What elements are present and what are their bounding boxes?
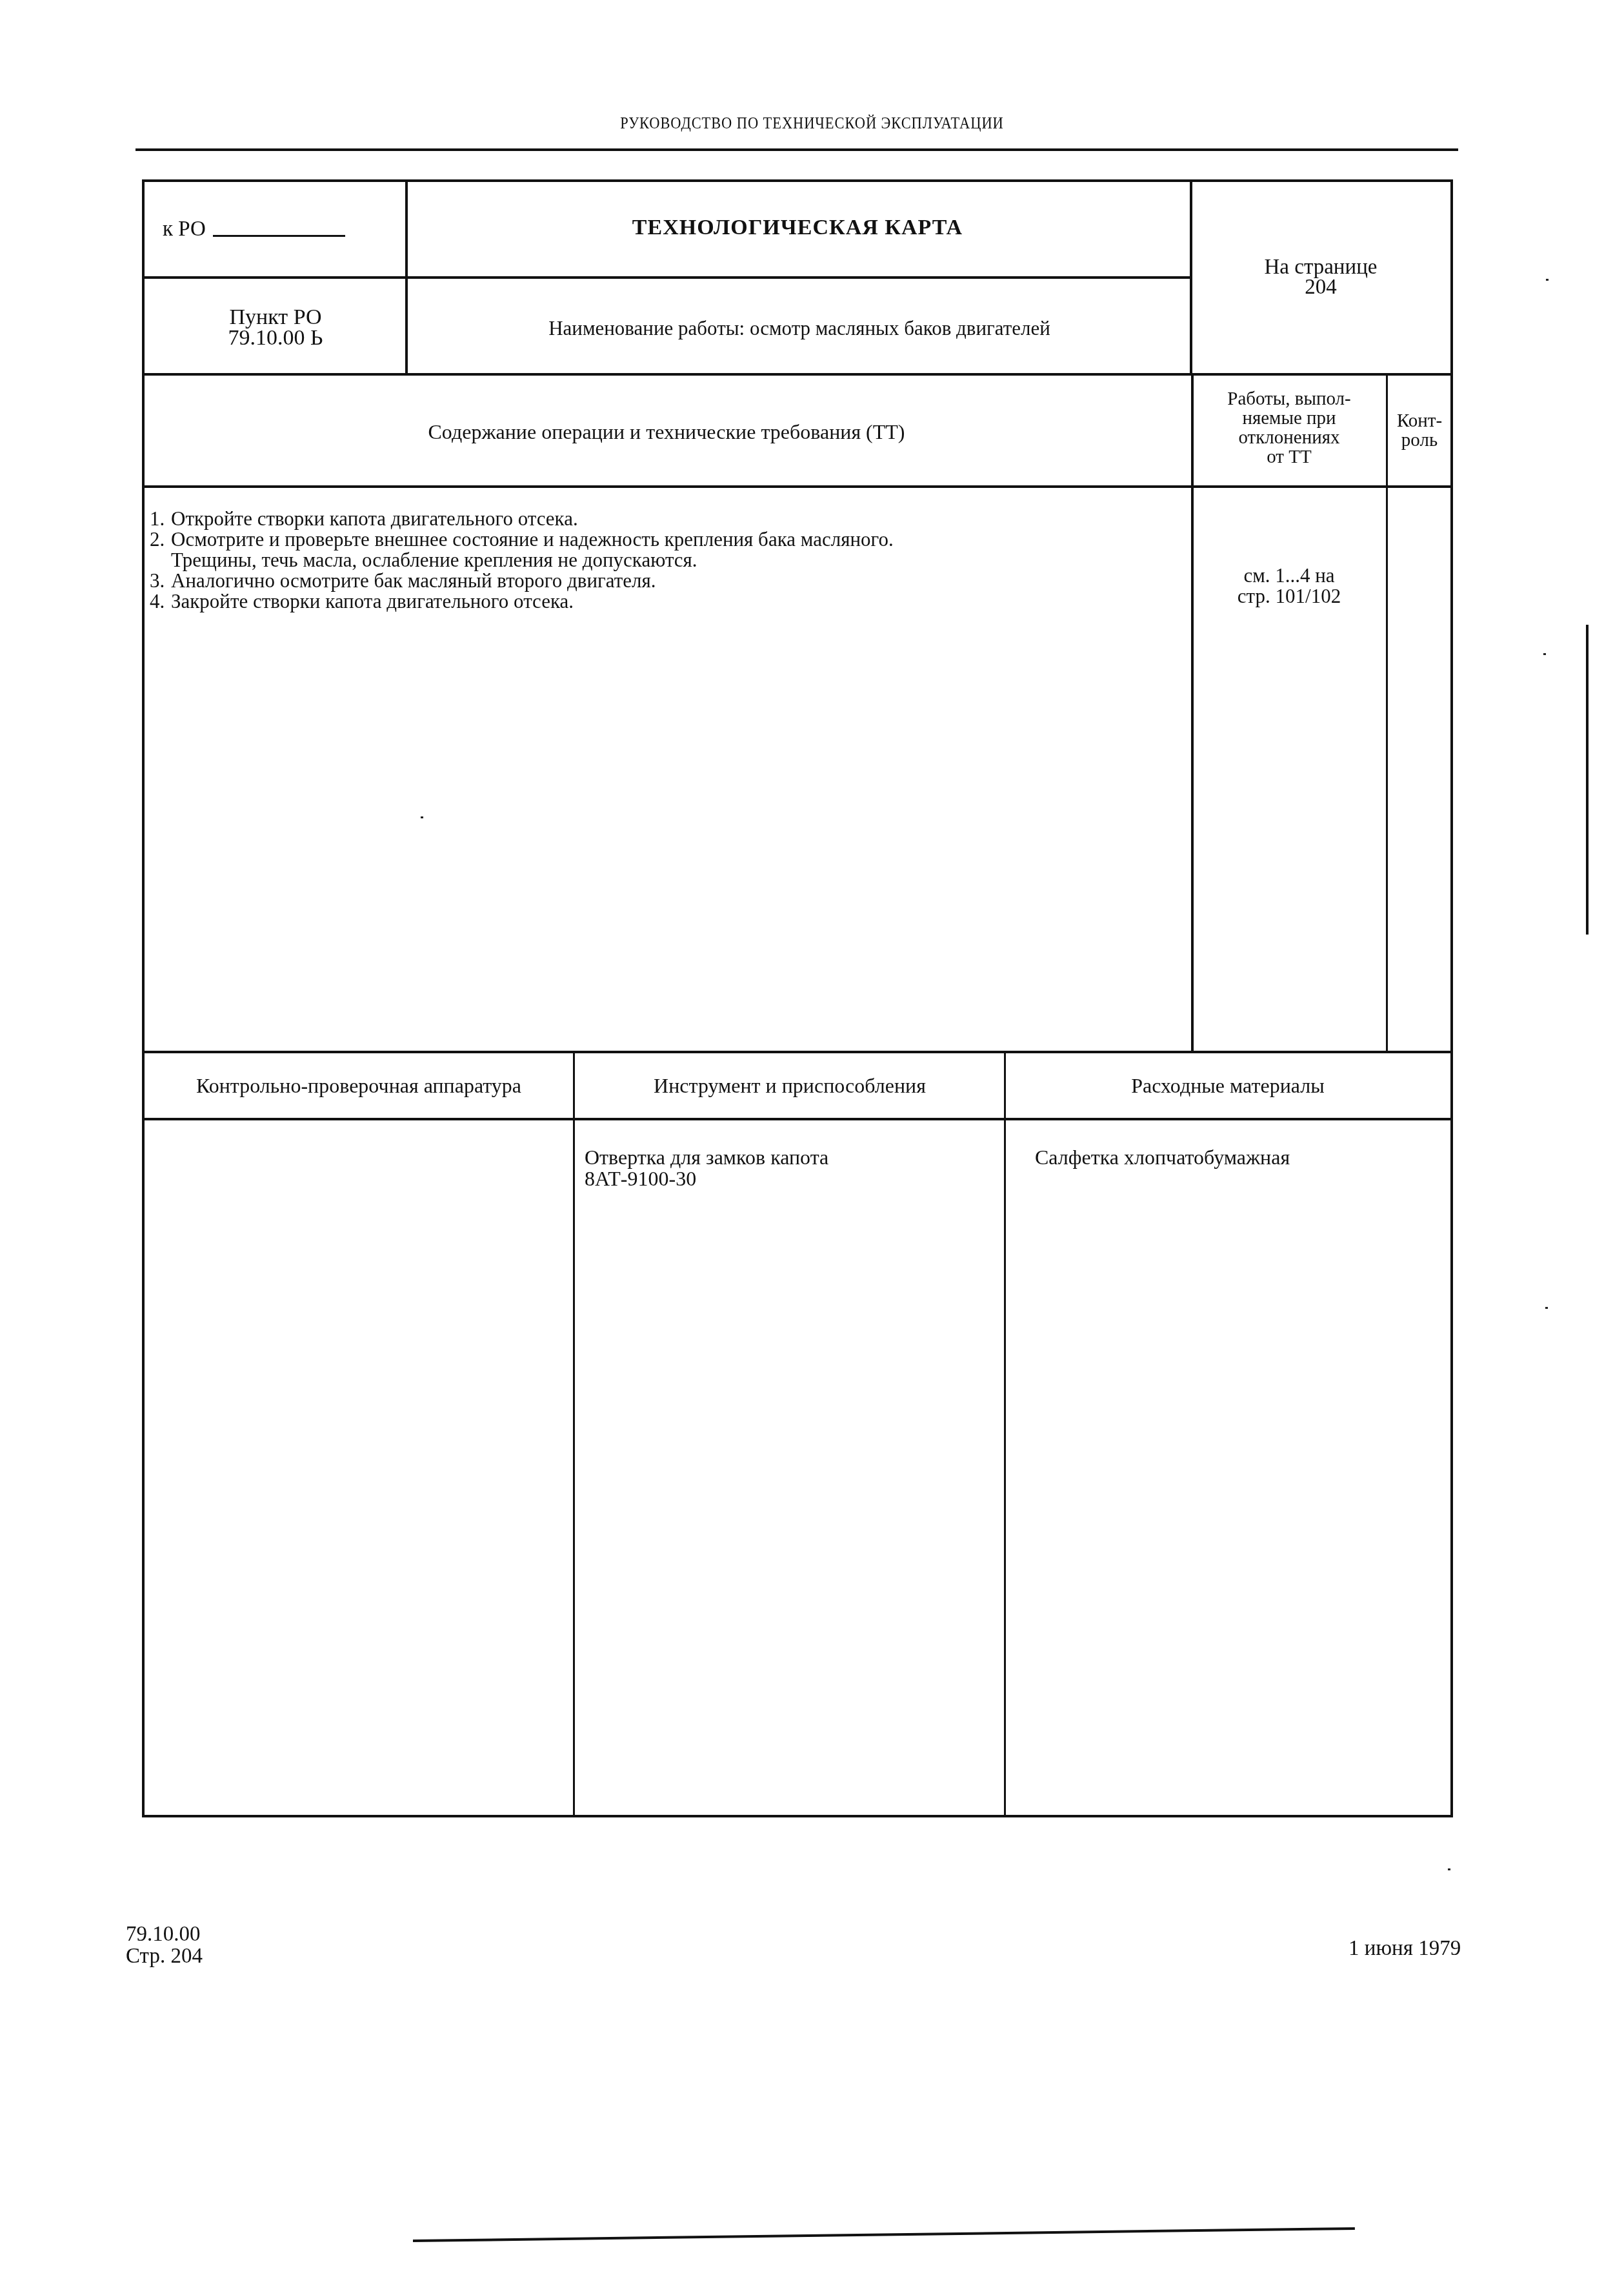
materials-header: Расходные материалы xyxy=(1005,1075,1450,1097)
divider-ops-resources xyxy=(142,1051,1453,1053)
step-text-continuation: Трещины, течь масла, ослабление креплени… xyxy=(150,550,1176,571)
scan-bottom-line xyxy=(413,2227,1355,2242)
work-name: Наименование работы: осмотр масляных бак… xyxy=(409,318,1190,339)
scan-speck xyxy=(1546,279,1549,281)
deviation-header-line: отклонениях xyxy=(1194,428,1385,447)
control-header: Конт- роль xyxy=(1388,411,1450,450)
on-page-number: 204 xyxy=(1191,276,1450,298)
punkt-label: Пункт РО xyxy=(143,307,408,329)
operation-step: 1.Откройте створки капота двигательного … xyxy=(150,509,1176,529)
divider-resources-header xyxy=(142,1118,1453,1120)
scan-speck xyxy=(1545,1307,1548,1309)
control-cell xyxy=(1388,491,1449,1046)
operation-step: 3.Аналогично осмотрите бак масляный втор… xyxy=(150,571,1176,591)
footer-section: 79.10.00 xyxy=(126,1923,203,1945)
footer-page-ref: 79.10.00 Стр. 204 xyxy=(126,1923,203,1967)
footer-date: 1 июня 1979 xyxy=(1348,1937,1461,1961)
deviation-reference: см. 1...4 на стр. 101/102 xyxy=(1194,565,1385,607)
scan-edge-line xyxy=(1586,625,1589,935)
deviation-reference-line: стр. 101/102 xyxy=(1194,586,1385,607)
divider-deviation-control xyxy=(1386,373,1388,1052)
deviation-header-line: от ТТ xyxy=(1194,447,1385,467)
deviation-header-line: Работы, выпол- xyxy=(1194,389,1385,409)
tool-item: 8АТ-9100-30 xyxy=(585,1168,828,1189)
operation-step: 4.Закройте створки капота двигательного … xyxy=(150,591,1176,612)
control-header-line: роль xyxy=(1388,430,1450,450)
step-number: 4. xyxy=(150,591,171,612)
scan-speck xyxy=(1448,1868,1450,1870)
materials-cell: Салфетка хлопчатобумажная xyxy=(1035,1147,1290,1168)
tools-cell: Отвертка для замков капота 8АТ-9100-30 xyxy=(585,1147,828,1189)
header-rule xyxy=(135,148,1458,151)
operation-step: 2.Осмотрите и проверьте внешнее состояни… xyxy=(150,529,1176,571)
divider-ops-header xyxy=(142,485,1453,488)
frame-right-border xyxy=(1450,179,1453,1816)
step-text: Аналогично осмотрите бак масляный второг… xyxy=(171,569,656,592)
step-text: Откройте створки капота двигательного от… xyxy=(171,507,578,530)
step-number: 1. xyxy=(150,509,171,529)
ref-label: к РО xyxy=(163,218,206,240)
footer-page: Стр. 204 xyxy=(126,1945,203,1967)
running-header: РУКОВОДСТВО ПО ТЕХНИЧЕСКОЙ ЭКСПЛУАТАЦИИ xyxy=(81,115,1543,133)
on-page-label: На странице xyxy=(1191,256,1450,278)
card-title: ТЕХНОЛОГИЧЕСКАЯ КАРТА xyxy=(406,217,1188,239)
test-equipment-header: Контрольно-проверочная аппаратура xyxy=(143,1075,574,1097)
frame-top-border xyxy=(142,179,1453,182)
test-equipment-cell xyxy=(146,1123,572,1812)
divider-tools-materials xyxy=(1004,1051,1006,1816)
step-text: Осмотрите и проверьте внешнее состояние … xyxy=(171,528,894,551)
frame-bottom-border xyxy=(142,1815,1453,1817)
punkt-number: 79.10.00 Ь xyxy=(143,327,408,349)
divider-equipment-tools xyxy=(573,1051,575,1816)
deviation-reference-line: см. 1...4 на xyxy=(1194,565,1385,586)
material-item: Салфетка хлопчатобумажная xyxy=(1035,1147,1290,1168)
scan-speck xyxy=(421,816,423,818)
deviation-header-line: няемые при xyxy=(1194,409,1385,428)
ref-blank-field xyxy=(213,235,345,237)
step-text: Закройте створки капота двигательного от… xyxy=(171,590,574,612)
divider-title-row xyxy=(142,276,1191,279)
divider-top-block xyxy=(142,373,1453,376)
operations-header: Содержание операции и технические требов… xyxy=(143,421,1190,443)
deviation-header: Работы, выпол- няемые при отклонениях от… xyxy=(1194,389,1385,467)
tool-item: Отвертка для замков капота xyxy=(585,1147,828,1168)
tools-header: Инструмент и приспособления xyxy=(574,1075,1005,1097)
control-header-line: Конт- xyxy=(1388,411,1450,430)
divider-ops-deviation xyxy=(1191,373,1194,1052)
step-number: 3. xyxy=(150,571,171,591)
step-number: 2. xyxy=(150,529,171,550)
operations-list: 1.Откройте створки капота двигательного … xyxy=(150,509,1176,612)
scan-speck xyxy=(1543,653,1546,655)
